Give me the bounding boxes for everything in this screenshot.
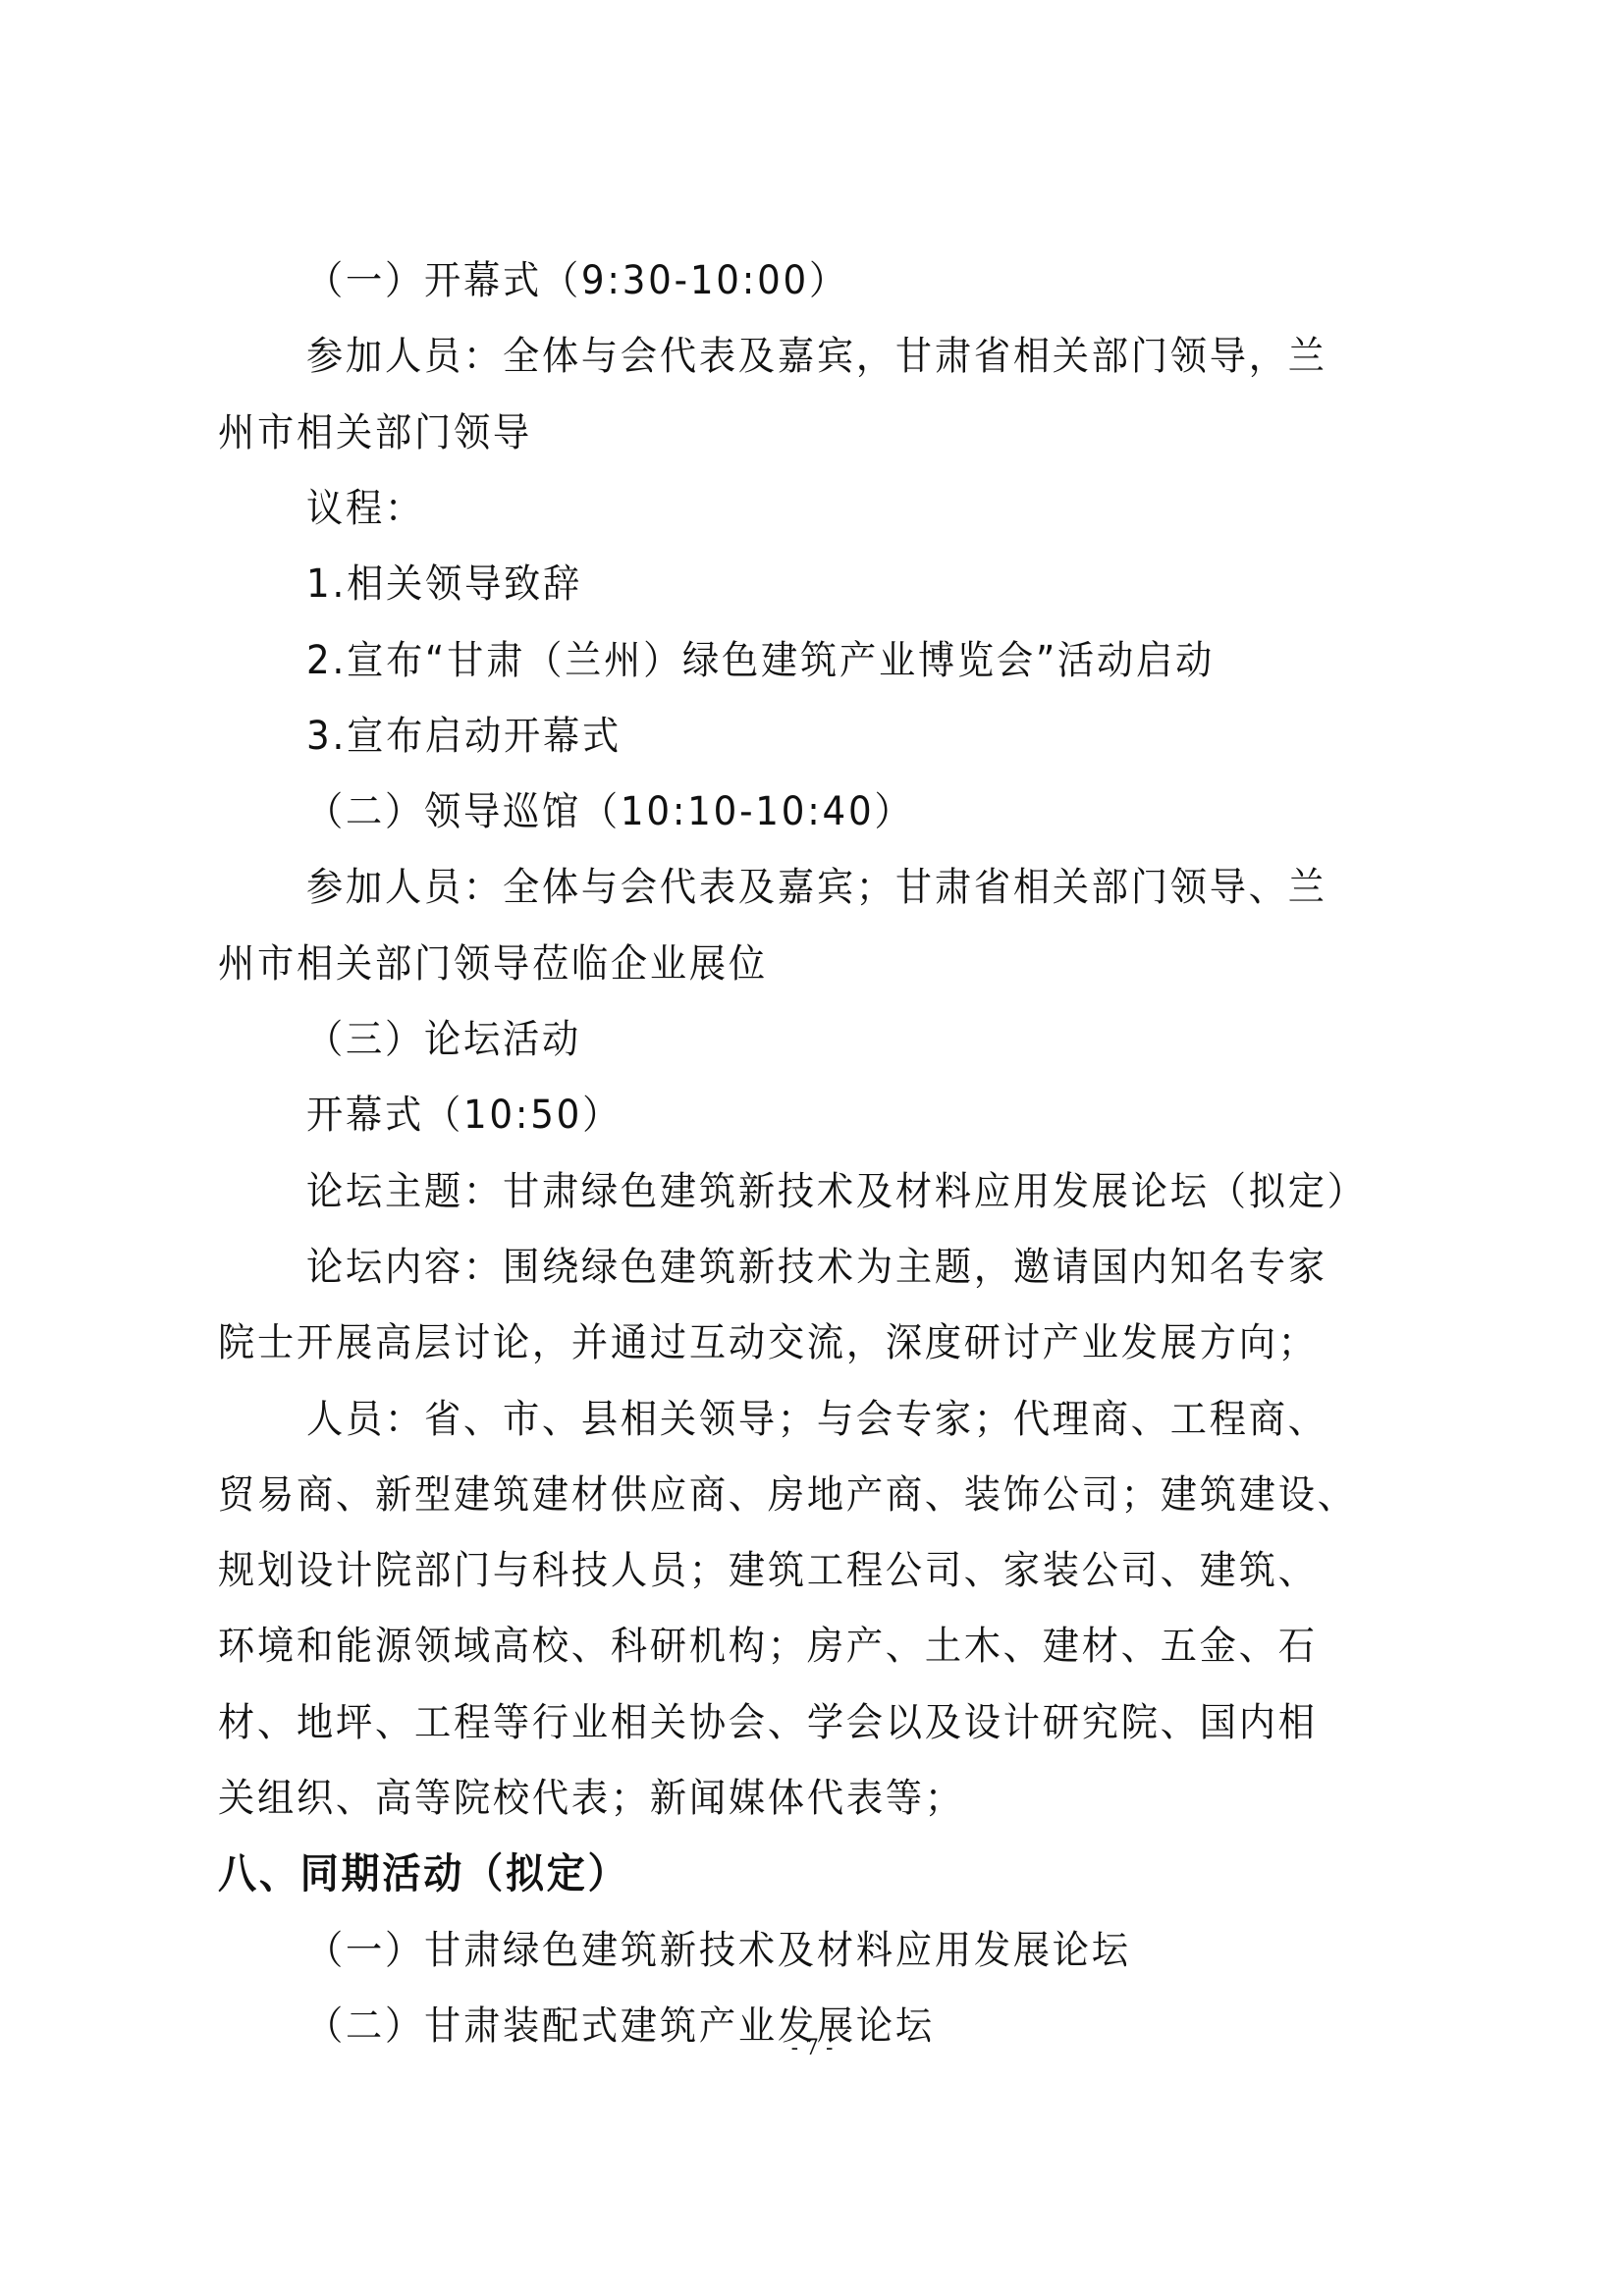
paragraph-line: 人员：省、市、县相关领导；与会专家；代理商、工程商、 (306, 1392, 1438, 1447)
subheading-opening: （一）开幕式（9:30-10:00） (306, 253, 1438, 308)
agenda-item: 1.相关领导致辞 (306, 557, 1438, 612)
paragraph-line: 关组织、高等院校代表；新闻媒体代表等； (218, 1771, 1350, 1826)
paragraph-line: 材、地坪、工程等行业相关协会、学会以及设计研究院、国内相 (218, 1695, 1350, 1750)
subheading-forum: （三）论坛活动 (306, 1012, 1438, 1067)
section-heading: 八、同期活动（拟定） (218, 1846, 1350, 1901)
paragraph-line: 州市相关部门领导莅临企业展位 (218, 936, 1350, 991)
paragraph-line: 论坛主题：甘肃绿色建筑新技术及材料应用发展论坛（拟定） (306, 1164, 1438, 1219)
paragraph-line: 开幕式（10:50） (306, 1088, 1438, 1143)
paragraph-line: 参加人员：全体与会代表及嘉宾，甘肃省相关部门领导，兰 (306, 329, 1438, 384)
agenda-item: 2.宣布“甘肃（兰州）绿色建筑产业博览会”活动启动 (306, 633, 1438, 688)
sub-item: （一）甘肃绿色建筑新技术及材料应用发展论坛 (306, 1923, 1438, 1978)
agenda-label: 议程： (306, 481, 1438, 536)
paragraph-line: 参加人员：全体与会代表及嘉宾；甘肃省相关部门领导、兰 (306, 860, 1438, 915)
paragraph-line: 规划设计院部门与科技人员；建筑工程公司、家装公司、建筑、 (218, 1543, 1350, 1598)
paragraph-line: 院士开展高层讨论，并通过互动交流，深度研讨产业发展方向； (218, 1315, 1350, 1370)
paragraph-line: 州市相关部门领导 (218, 405, 1350, 460)
page-number: - 7 - (0, 2036, 1624, 2060)
agenda-item: 3.宣布启动开幕式 (306, 709, 1438, 764)
paragraph-line: 环境和能源领域高校、科研机构；房产、土木、建材、五金、石 (218, 1619, 1350, 1674)
paragraph-line: 论坛内容：围绕绿色建筑新技术为主题，邀请国内知名专家 (306, 1240, 1438, 1295)
subheading-tour: （二）领导巡馆（10:10-10:40） (306, 784, 1438, 839)
paragraph-line: 贸易商、新型建筑建材供应商、房地产商、装饰公司；建筑建设、 (218, 1468, 1350, 1522)
